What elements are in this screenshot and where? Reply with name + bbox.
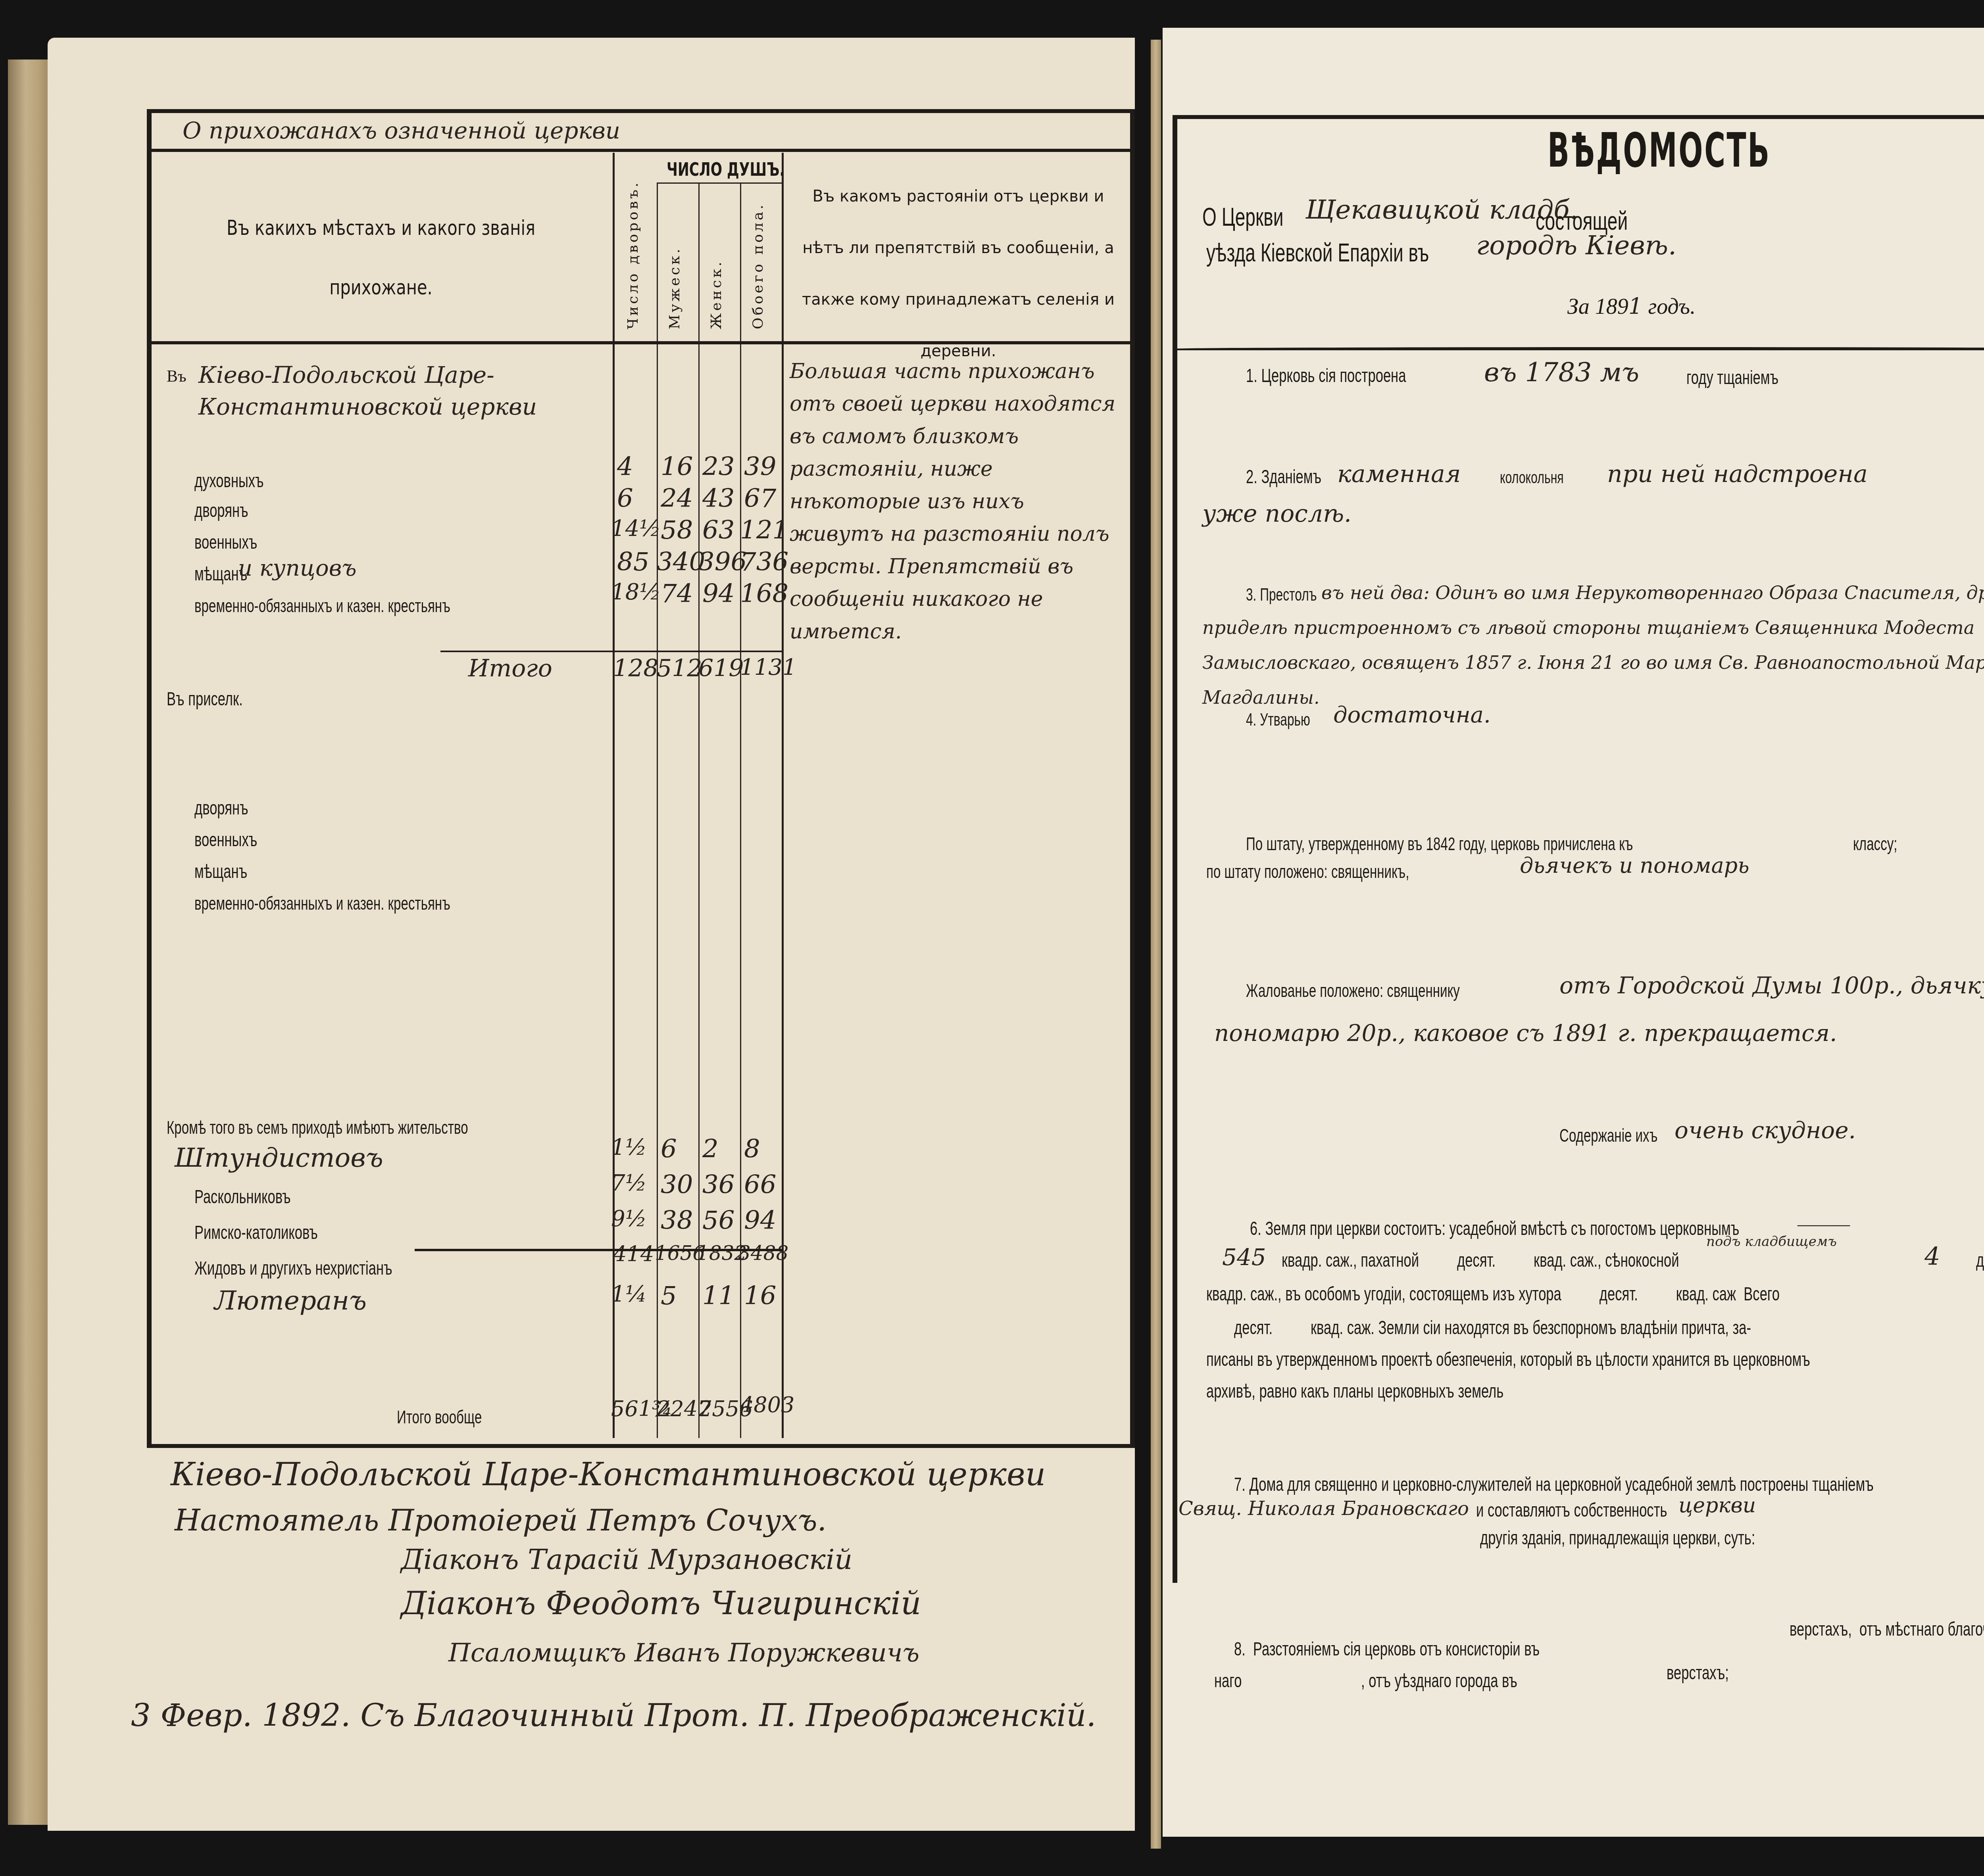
item6-line6: архивѣ, равно какъ планы церковныхъ земе… — [1206, 1381, 1503, 1402]
row-label: духовныхъ — [194, 470, 264, 492]
cell-households: 4 — [617, 452, 633, 482]
staff-line2: по штату положено: священникъ, — [1206, 861, 1409, 882]
cell-households: 1½ — [611, 1135, 647, 1160]
upkeep-value: очень скудное. — [1674, 1117, 1856, 1144]
cell-households: 7½ — [611, 1170, 647, 1196]
cell-female: 94 — [702, 579, 734, 609]
item8-line1: 8. Разстояніемъ сія церковь отъ консисто… — [1234, 1638, 1540, 1660]
cell-male: 16 — [661, 452, 693, 482]
item4-value: достаточна. — [1333, 702, 1491, 728]
col-households-header: Число дворовъ. — [625, 180, 641, 329]
item1-suffix: году тщаніемъ — [1686, 367, 1778, 389]
cell-households: 9½ — [611, 1206, 647, 1232]
cell-households: 14½ — [611, 516, 661, 541]
cell-female: 43 — [702, 484, 734, 513]
item2-label: 2. Зданіемъ — [1246, 466, 1321, 488]
district-line: уѣзда Кіевской Епархіи въ — [1206, 238, 1429, 267]
open-ledger-book: О прихожанахъ означенной церкви Въ каких… — [0, 0, 1984, 1876]
column-places-header: Въ какихъ мѣстахъ и какого званія прихож… — [206, 198, 556, 317]
cell-households: 1¼ — [611, 1281, 647, 1307]
header-rule — [151, 149, 1131, 152]
item6-line2: квадр. саж., пахатной десят. квад. саж.,… — [1282, 1250, 1679, 1271]
item7-owner: церкви — [1678, 1494, 1756, 1517]
item2-belfry-cont: уже послѣ. — [1202, 500, 1352, 528]
row-label: военныхъ — [194, 532, 257, 553]
table-header-rule — [151, 341, 1131, 344]
cell-households: 18½ — [611, 579, 661, 605]
row-label: Жидовъ и другихъ нехристіанъ — [194, 1258, 392, 1279]
section1-church-name: Кіево-Подольской Царе-Константиновской ц… — [198, 359, 611, 422]
cell-female: 56 — [702, 1206, 734, 1235]
row-label-hand: и купцовъ — [238, 555, 357, 581]
item2-belfry-label: колокольня — [1500, 468, 1564, 487]
year-value: 189 — [1595, 294, 1628, 319]
item1-label: 1. Церковь сія построена — [1246, 365, 1406, 387]
cell-households: 414 — [613, 1242, 654, 1267]
item6-line1: 6. Земля при церкви состоитъ: усадебной … — [1250, 1218, 1739, 1240]
staff-line1: По штату, утвержденному въ 1842 году, це… — [1246, 833, 1633, 854]
subtotal-rule — [440, 651, 782, 652]
item7-line2: и составляютъ собственность — [1476, 1500, 1667, 1521]
cell-both: 121 — [740, 516, 788, 545]
cell-both: 39 — [744, 452, 776, 482]
signature-line: Псаломщикъ Иванъ Поружкевичъ — [448, 1638, 919, 1668]
cell-both: 16 — [744, 1281, 776, 1311]
item8-line2b: , отъ уѣзднаго города въ — [1361, 1670, 1517, 1692]
item8-line1b: верстахъ, отъ мѣстнаго благочин- — [1790, 1619, 1984, 1640]
cell-male: 30 — [661, 1170, 693, 1200]
city-name: городѣ Кіевѣ. — [1476, 230, 1676, 261]
row-label: Раскольниковъ — [194, 1186, 290, 1208]
cell-female: 63 — [702, 516, 734, 545]
cell-female: 2 — [702, 1135, 719, 1164]
upkeep-label: Содержаніе ихъ — [1559, 1125, 1657, 1146]
cell-male: 24 — [661, 484, 693, 513]
cell-female: 36 — [702, 1170, 734, 1200]
cell-male: 58 — [661, 516, 693, 545]
signature-line: Кіево-Подольской Царе-Константиновской ц… — [171, 1456, 1046, 1493]
section1-prefix: Въ — [167, 367, 186, 386]
souls-group-header: ЧИСЛО ДУШЪ. — [667, 159, 785, 180]
staff-value: дьячекъ и пономарь — [1520, 853, 1749, 878]
distance-note: Большая часть прихожанъ отъ своей церкви… — [790, 355, 1123, 648]
year-hand-digit: 1 — [1628, 294, 1643, 319]
cell-both: 736 — [740, 547, 788, 577]
section2-heading: Въ приселк. — [167, 688, 243, 710]
church-prefix: О Церкви — [1202, 202, 1283, 232]
cell-both: 66 — [744, 1170, 776, 1200]
cell-male: 5 — [661, 1281, 677, 1311]
item6-dash: ——— — [1798, 1214, 1850, 1234]
cell-both: 67 — [744, 484, 776, 513]
subtotal-male: 512 — [657, 655, 702, 682]
page-edges-left — [8, 60, 52, 1825]
year-line: За 1891 годъ. — [1567, 294, 1696, 319]
section2-row: военныхъ — [194, 829, 257, 851]
grand-total-rule — [415, 1249, 784, 1251]
row-label: дворянъ — [194, 500, 248, 522]
other-heading: Кромѣ того въ семъ приходѣ имѣютъ житель… — [167, 1117, 468, 1138]
year-prefix: За — [1567, 294, 1590, 319]
item7-line3: другія зданія, принадлежащія церкви, сут… — [1480, 1527, 1755, 1549]
item1-year: въ 1783 мъ — [1484, 357, 1639, 388]
col-female-header: Женск. — [708, 259, 725, 329]
cell-female: 23 — [702, 452, 734, 482]
cell-households: 85 — [617, 547, 649, 577]
cell-both: 168 — [740, 579, 788, 609]
subtotal-households: 128 — [613, 655, 659, 682]
item6-annotation: подъ кладбищемъ — [1706, 1234, 1837, 1250]
book-gutter — [1151, 40, 1161, 1849]
footer-note: 3 Февр. 1892. Съ Благочинный Прот. П. Пр… — [131, 1698, 1096, 1734]
item7-line1: 7. Дома для священно и церковно-служител… — [1234, 1474, 1874, 1496]
souls-group-rule — [657, 182, 782, 184]
cell-female: 396 — [698, 547, 747, 577]
staff-class: классу; — [1853, 833, 1897, 854]
item8-line2a: наго — [1214, 1670, 1242, 1692]
item6-desiat-2: десят. — [1976, 1250, 1984, 1271]
signature-line: Діаконъ Феодотъ Чигиринскій — [401, 1585, 921, 1622]
item2-belfry: при ней надстроена — [1607, 460, 1868, 488]
item7-builder: Свящ. Николая Брановскаго — [1178, 1498, 1469, 1520]
signature-line: Діаконъ Тарасій Мурзановскій — [401, 1543, 852, 1576]
subtotal-both: 1131 — [740, 655, 797, 680]
col-male-header: Мужеск. — [667, 246, 683, 329]
item6-line4: десят. квад. саж. Земли сіи находятся въ… — [1234, 1317, 1751, 1339]
row-label: Штундистовъ — [175, 1142, 383, 1173]
col-distance-header: Въ какомъ растояніи отъ церкви и нѣтъ ли… — [794, 171, 1123, 377]
row-label: Римско-католиковъ — [194, 1222, 318, 1244]
cell-male: 74 — [661, 579, 693, 609]
item4-label: 4. Утварью — [1246, 710, 1310, 730]
document-title: ВѢДОМОСТЬ — [1548, 123, 1771, 178]
salary-label: Жалованье положено: священнику — [1246, 980, 1460, 1001]
item6-line3: квадр. саж., въ особомъ угодіи, состояще… — [1206, 1283, 1780, 1305]
subtotal-label: Итого — [468, 655, 552, 682]
year-suffix: годъ. — [1648, 294, 1696, 319]
grand-total-both: 4803 — [740, 1392, 794, 1417]
cell-households: 6 — [617, 484, 633, 513]
cell-female: 11 — [702, 1281, 734, 1311]
salary-value-2: пономарю 20р., каковое съ 1891 г. прекра… — [1214, 1020, 1837, 1046]
title-bottom-rule — [1177, 347, 1984, 350]
item8-line2c: верстахъ; — [1667, 1662, 1729, 1684]
cell-male: 38 — [661, 1206, 693, 1235]
cell-both: 8 — [744, 1135, 760, 1164]
cell-both: 3488 — [738, 1242, 788, 1265]
subtotal-female: 619 — [698, 655, 744, 682]
cell-both: 94 — [744, 1206, 776, 1235]
item6-sq-sazhen: 545 — [1222, 1244, 1266, 1271]
section2-row: мѣщанъ — [194, 861, 247, 883]
row-label: Лютеранъ — [214, 1285, 367, 1316]
salary-value-1: отъ Городской Думы 100р., дьячку 30р. — [1559, 972, 1984, 999]
row-label: временно-обязанныхъ и казен. крестьянъ — [194, 595, 450, 616]
cell-male: 340 — [657, 547, 705, 577]
item3-altars: въ ней два: Одинъ во имя Нерукотвореннаг… — [1202, 575, 1984, 715]
item6-line5: писаны въ утвержденномъ проектѣ обезпече… — [1206, 1349, 1810, 1371]
col-both-header: Обоего пола. — [750, 202, 766, 329]
item2-building: каменная — [1337, 460, 1461, 488]
signature-line: Настоятель Протоіерей Петръ Сочухъ. — [175, 1503, 827, 1538]
section2-row: дворянъ — [194, 797, 248, 819]
cell-male: 6 — [661, 1135, 677, 1164]
item6-hay-desiat: 4 — [1924, 1242, 1940, 1271]
left-header: О прихожанахъ означенной церкви — [183, 117, 620, 144]
grand-total-label: Итого вообще — [397, 1406, 482, 1428]
section2-row: временно-обязанныхъ и казен. крестьянъ — [194, 893, 450, 914]
